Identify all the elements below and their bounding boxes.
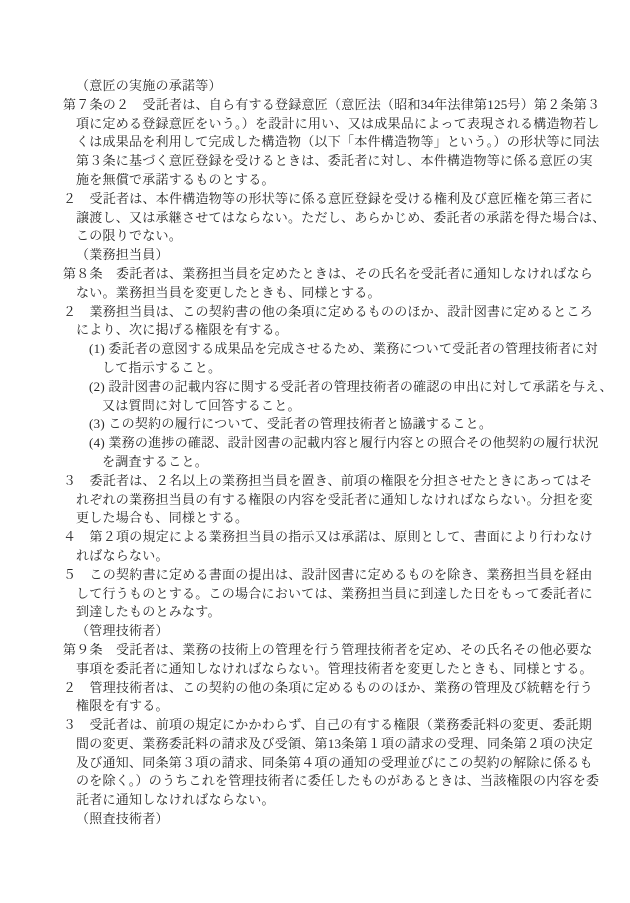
document-line: して行うものとする。この場合においては、業務担当員に到達した日をもって委託者に — [63, 585, 569, 604]
document-line: (1) 委託者の意図する成果品を完成させるため、業務について受託者の管理技術者に… — [63, 340, 569, 359]
document-line: 到達したものとみなす。 — [63, 603, 569, 622]
document-line: 第３条に基づく意匠登録を受けるときは、委託者に対し、本件構造物等に係る意匠の実 — [63, 152, 569, 171]
document-line: を調査すること。 — [63, 453, 569, 472]
document-body: （意匠の実施の承諾等）第７条の２ 受託者は、自ら有する登録意匠（意匠法（昭和34… — [63, 77, 569, 829]
document-line: ２ 業務担当員は、この契約書の他の条項に定めるもののほか、設計図書に定めるところ — [63, 303, 569, 322]
document-line: 施を無償で承諾するものとする。 — [63, 171, 569, 190]
document-line: (2) 設計図書の記載内容に関する受託者の管理技術者の確認の申出に対して承諾を与… — [63, 378, 569, 397]
document-line: ない。業務担当員を変更したときも、同様とする。 — [63, 284, 569, 303]
document-line: ればならない。 — [63, 547, 569, 566]
document-line: れぞれの業務担当員の有する権限の内容を受託者に通知しなければならない。分担を変 — [63, 491, 569, 510]
document-line: ３ 委託者は、２名以上の業務担当員を置き、前項の権限を分担させたときにあってはそ — [63, 472, 569, 491]
document-line: 及び通知、同条第３項の請求、同条第４項の通知の受理並びにこの契約の解除に係るも — [63, 754, 569, 773]
document-page: （意匠の実施の承諾等）第７条の２ 受託者は、自ら有する登録意匠（意匠法（昭和34… — [0, 0, 630, 903]
document-line: 第９条 受託者は、業務の技術上の管理を行う管理技術者を定め、その氏名その他必要な — [63, 641, 569, 660]
document-line: （照査技術者） — [63, 810, 569, 829]
document-line: 間の変更、業務委託料の請求及び受領、第13条第１項の請求の受理、同条第２項の決定 — [63, 735, 569, 754]
document-line: (3) この契約の履行について、受託者の管理技術者と協議すること。 — [63, 415, 569, 434]
document-line: 又は質問に対して回答すること。 — [63, 397, 569, 416]
document-line: 託者に通知しなければならない。 — [63, 791, 569, 810]
document-line: して指示すること。 — [63, 359, 569, 378]
document-line: のを除く。）のうちこれを管理技術者に委任したものがあるときは、当該権限の内容を委 — [63, 772, 569, 791]
document-line: ４ 第２項の規定による業務担当員の指示又は承諾は、原則として、書面により行わなけ — [63, 528, 569, 547]
document-line: 第８条 委託者は、業務担当員を定めたときは、その氏名を受託者に通知しなければなら — [63, 265, 569, 284]
document-line: 第７条の２ 受託者は、自ら有する登録意匠（意匠法（昭和34年法律第125号）第２… — [63, 96, 569, 115]
document-line: ３ 受託者は、前項の規定にかかわらず、自己の有する権限（業務委託料の変更、委託期 — [63, 716, 569, 735]
document-line: 事項を委託者に通知しなければならない。管理技術者を変更したときも、同様とする。 — [63, 660, 569, 679]
document-line: （管理技術者） — [63, 622, 569, 641]
document-line: ２ 受託者は、本件構造物等の形状等に係る意匠登録を受ける権利及び意匠権を第三者に — [63, 190, 569, 209]
document-line: 更した場合も、同様とする。 — [63, 509, 569, 528]
document-line: 譲渡し、又は承継させてはならない。ただし、あらかじめ、委託者の承諾を得た場合は、 — [63, 209, 569, 228]
document-line: により、次に掲げる権限を有する。 — [63, 321, 569, 340]
document-line: 権限を有する。 — [63, 697, 569, 716]
document-line: （意匠の実施の承諾等） — [63, 77, 569, 96]
document-line: (4) 業務の進捗の確認、設計図書の記載内容と履行内容との照合その他契約の履行状… — [63, 434, 569, 453]
document-line: この限りでない。 — [63, 227, 569, 246]
document-line: （業務担当員） — [63, 246, 569, 265]
document-line: 項に定める登録意匠をいう。）を設計に用い、又は成果品によって表現される構造物若し — [63, 115, 569, 134]
document-line: くは成果品を利用して完成した構造物（以下「本件構造物等」という。）の形状等に同法 — [63, 133, 569, 152]
document-line: ２ 管理技術者は、この契約の他の条項に定めるもののほか、業務の管理及び統轄を行う — [63, 679, 569, 698]
document-line: ５ この契約書に定める書面の提出は、設計図書に定めるものを除き、業務担当員を経由 — [63, 566, 569, 585]
